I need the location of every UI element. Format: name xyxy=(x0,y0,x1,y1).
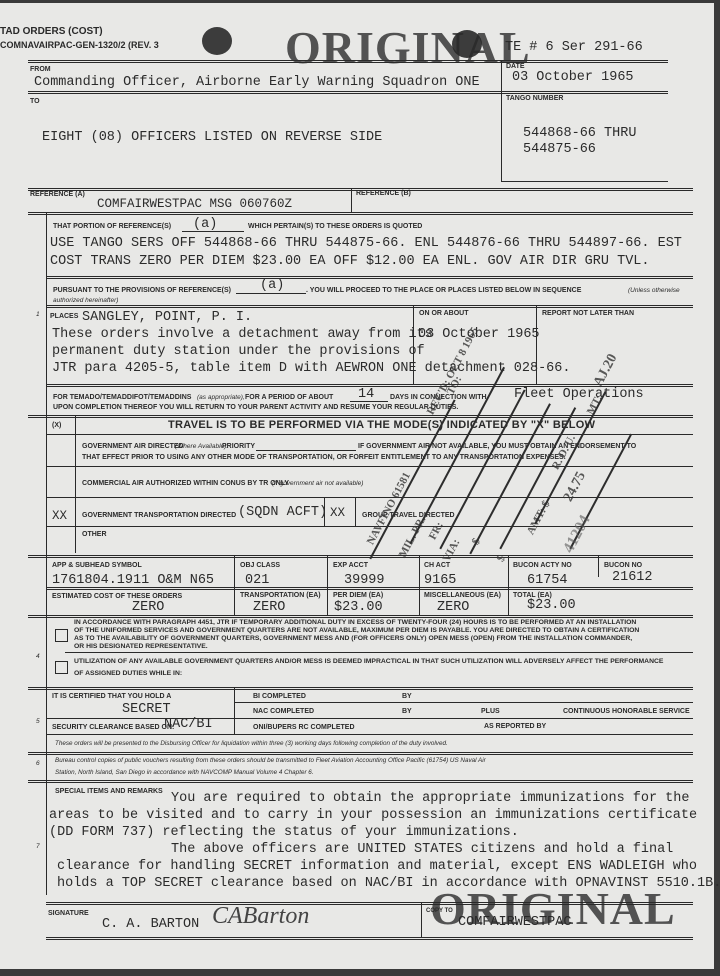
total-value: $23.00 xyxy=(527,598,576,613)
original-stamp-bottom: ORIGINAL xyxy=(430,886,676,932)
quarters-para1-line3: AS TO THE AVAILABILITY OF GOVERNMENT QUA… xyxy=(74,635,632,642)
security-based-label: SECURITY CLEARANCE BASED ON: xyxy=(52,724,174,731)
section-number-7: 7 xyxy=(36,843,40,850)
remarks-label: SPECIAL ITEMS AND REMARKS xyxy=(55,788,163,795)
temado-note: (as appropriate), xyxy=(197,394,245,401)
obj-class-label: OBJ CLASS xyxy=(240,562,280,569)
nac-by-label: BY xyxy=(402,708,412,715)
stamp-text-2475: 24.75 xyxy=(561,469,590,504)
temado-purpose: Fleet Operations xyxy=(514,387,644,402)
gov-air-label: GOVERNMENT AIR DIRECTED xyxy=(82,443,184,450)
section-number-5: 5 xyxy=(36,718,40,725)
signer-name: C. A. BARTON xyxy=(102,917,199,932)
gov-air-text2: THAT EFFECT PRIOR TO USING ANY OTHER MOD… xyxy=(82,454,566,461)
signature-label: SIGNATURE xyxy=(48,910,89,917)
places-value: SANGLEY, POINT, P. I. xyxy=(82,310,252,325)
temado-label-mid: FOR A PERIOD OF ABOUT xyxy=(245,394,333,401)
handwritten-signature: CABarton xyxy=(212,903,309,930)
quarters-para2-line1: UTILIZATION OF ANY AVAILABLE GOVERNMENT … xyxy=(74,658,663,665)
places-line3: JTR para 4205-5, table item D with AEWRO… xyxy=(52,361,570,376)
gov-trans-mark[interactable]: XX xyxy=(52,509,67,523)
security-based-value: NAC/BI xyxy=(164,717,213,732)
security-cert-label: IT IS CERTIFIED THAT YOU HOLD A xyxy=(52,693,171,700)
section-number-6: 6 xyxy=(36,760,40,767)
quoted-line1: USE TANGO SERS OFF 544868-66 THRU 544875… xyxy=(50,236,682,251)
travel-title: TRAVEL IS TO BE PERFORMED VIA THE MODE(S… xyxy=(168,419,595,431)
group-travel-mark[interactable]: XX xyxy=(330,506,345,520)
quarters-para1-line2: OF THE UNIFORMED SERVICES AND GOVERNMENT… xyxy=(74,627,639,634)
form-title: TAD ORDERS (Cost) xyxy=(0,26,103,37)
places-line1: These orders involve a detachment away f… xyxy=(52,327,433,342)
pursuant-label-post: . YOU WILL PROCEED TO THE PLACE OR PLACE… xyxy=(306,287,581,294)
misc-label: MISCELLANEOUS (ea) xyxy=(424,592,501,599)
transportation-label: TRANSPORTATION (ea) xyxy=(240,592,321,599)
date-value: 03 October 1965 xyxy=(512,70,634,85)
places-line2: permanent duty station under the provisi… xyxy=(52,344,425,359)
on-or-about-label: ON OR ABOUT xyxy=(419,310,469,317)
temado-line2: UPON COMPLETION THEREOF YOU WILL RETURN … xyxy=(53,404,458,411)
nac-completed-label: NAC COMPLETED xyxy=(253,708,314,715)
exp-acct-label: EXP ACCT xyxy=(333,562,368,569)
app-subhead-label: APP & SUBHEAD SYMBOL xyxy=(52,562,142,569)
commercial-air-note: (If government air not available) xyxy=(272,480,363,487)
bucon-no-value: 21612 xyxy=(612,570,653,585)
stamp-text-mil-pr: MIL. PR. xyxy=(397,515,429,560)
serial-number: TE # 6 Ser 291-66 xyxy=(505,40,643,55)
places-label: PLACES xyxy=(50,313,78,320)
reference-a-value: COMFAIRWESTPAC MSG 060760Z xyxy=(97,197,292,211)
to-value: EIGHT (08) OFFICERS LISTED ON REVERSE SI… xyxy=(42,130,382,145)
quarters-impractical-checkbox[interactable] xyxy=(55,661,68,674)
bureau-line2: Station, North Island, San Diego in acco… xyxy=(55,769,314,776)
security-level: SECRET xyxy=(122,702,171,717)
travel-x-col-label: (X) xyxy=(52,422,61,429)
orders-document: TAD ORDERS (Cost) COMNAVAIRPAC-GEN-1320/… xyxy=(0,3,714,969)
quarters-para1-line4: OR HIS DESIGNATED REPRESENTATIVE. xyxy=(74,643,208,650)
gov-air-note: (Where Available). xyxy=(175,443,228,450)
stamp-text-amt: AMT: $ xyxy=(525,499,553,537)
remarks-line-3: (DD FORM 737) reflecting the status of y… xyxy=(49,825,519,840)
quoted-line2: COST TRANS ZERO PER DIEM $23.00 EA OFF $… xyxy=(50,254,650,269)
bucon-no-label: BUCON NO xyxy=(604,562,642,569)
oni-bupers-label: ONI/BUPERS RC COMPLETED xyxy=(253,724,355,731)
to-label: TO xyxy=(30,98,40,105)
tango-line1: 544868-66 THRU xyxy=(523,126,636,141)
temado-days: 14 xyxy=(358,387,374,402)
quarters-para2-line2: OF ASSIGNED DUTIES WHILE IN: xyxy=(74,670,182,677)
from-value: Commanding Officer, Airborne Early Warni… xyxy=(34,75,480,90)
temado-label-pre: FOR TEMADO/TEMADDIFOT/TEMADDINS xyxy=(53,394,191,401)
pursuant-label-pre: PURSUANT TO THE PROVISIONS OF REFERENCE(… xyxy=(53,287,231,294)
report-not-later-than-label: REPORT NOT LATER THAN xyxy=(542,310,634,317)
quarters-para1-line1: IN ACCORDANCE WITH PARAGRAPH 4451, JTR I… xyxy=(74,619,636,626)
bi-by-label: BY xyxy=(402,693,412,700)
gov-trans-value: (SQDN ACFT) xyxy=(238,505,327,520)
quoted-label-post: WHICH PERTAIN(S) TO THESE ORDERS IS QUOT… xyxy=(248,223,422,230)
priority-label: PRIORITY xyxy=(222,443,255,450)
continuous-service-label: CONTINUOUS HONORABLE SERVICE xyxy=(563,708,690,715)
form-number: COMNAVAIRPAC-GEN-1320/2 (REV. 3 xyxy=(0,40,159,50)
as-reported-by-label: AS REPORTED BY xyxy=(484,723,546,730)
remarks-line-2: areas to be visited and to carry in your… xyxy=(49,808,697,823)
original-stamp-top: ORIGINAL xyxy=(285,25,531,71)
commercial-air-label: COMMERCIAL AIR AUTHORIZED WITHIN CONUS B… xyxy=(82,480,289,487)
obj-class-value: 021 xyxy=(245,573,269,588)
punch-hole-left xyxy=(202,27,232,55)
reference-b-label: REFERENCE (b) xyxy=(356,190,411,197)
stamp-text-dollar1: $ xyxy=(470,536,483,546)
liquidation-note: These orders will be presented to the Di… xyxy=(55,740,448,747)
exp-acct-value: 39999 xyxy=(344,573,385,588)
other-label: OTHER xyxy=(82,531,107,538)
stamp-text-41204: 41204 xyxy=(560,512,595,556)
quoted-ref: (a) xyxy=(193,217,217,232)
remarks-line-4: The above officers are UNITED STATES cit… xyxy=(171,842,673,857)
est-cost-value: ZERO xyxy=(132,600,164,615)
section-number-1: 1 xyxy=(36,311,40,318)
transportation-value: ZERO xyxy=(253,600,285,615)
bucon-acty-value: 61754 xyxy=(527,573,568,588)
quoted-label-pre: THAT PORTION OF REFERENCE(S) xyxy=(53,223,171,230)
gov-air-text: IF GOVERNMENT AIR NOT AVAILABLE, YOU MUS… xyxy=(358,443,636,450)
misc-value: ZERO xyxy=(437,600,469,615)
plus-label: PLUS xyxy=(481,708,500,715)
date-label: DATE xyxy=(506,63,525,70)
remarks-line-5: clearance for handling SECRET informatio… xyxy=(57,859,697,874)
tango-line2: 544875-66 xyxy=(523,142,596,157)
gov-trans-label: GOVERNMENT TRANSPORTATION DIRECTED xyxy=(82,512,236,519)
per-diem-value: $23.00 xyxy=(334,600,383,615)
reference-a-label: REFERENCE (a) xyxy=(30,191,85,198)
tango-label: TANGO NUMBER xyxy=(506,95,563,102)
ch-act-label: CH ACT xyxy=(424,562,450,569)
bureau-line1: Bureau control copies of public vouchers… xyxy=(55,757,486,764)
app-subhead-value: 1761804.1911 O&M N65 xyxy=(52,573,214,588)
pursuant-note2: authorized hereinafter) xyxy=(53,297,118,304)
remarks-line-1: You are required to obtain the appropria… xyxy=(171,791,689,806)
est-cost-label: ESTIMATED COST OF THESE ORDERS xyxy=(52,593,182,600)
section-number-4: 4 xyxy=(36,653,40,660)
bucon-acty-label: BUCON ACTY NO xyxy=(513,562,572,569)
pursuant-ref: (a) xyxy=(260,278,284,293)
quarters-cert-checkbox[interactable] xyxy=(55,629,68,642)
bi-completed-label: BI COMPLETED xyxy=(253,693,306,700)
stamp-text-fr: FR: xyxy=(427,520,446,542)
from-label: FROM xyxy=(30,66,51,73)
per-diem-label: PER DIEM (ea) xyxy=(333,592,383,599)
pursuant-note: (Unless otherwise xyxy=(628,287,680,294)
ch-act-value: 9165 xyxy=(424,573,456,588)
